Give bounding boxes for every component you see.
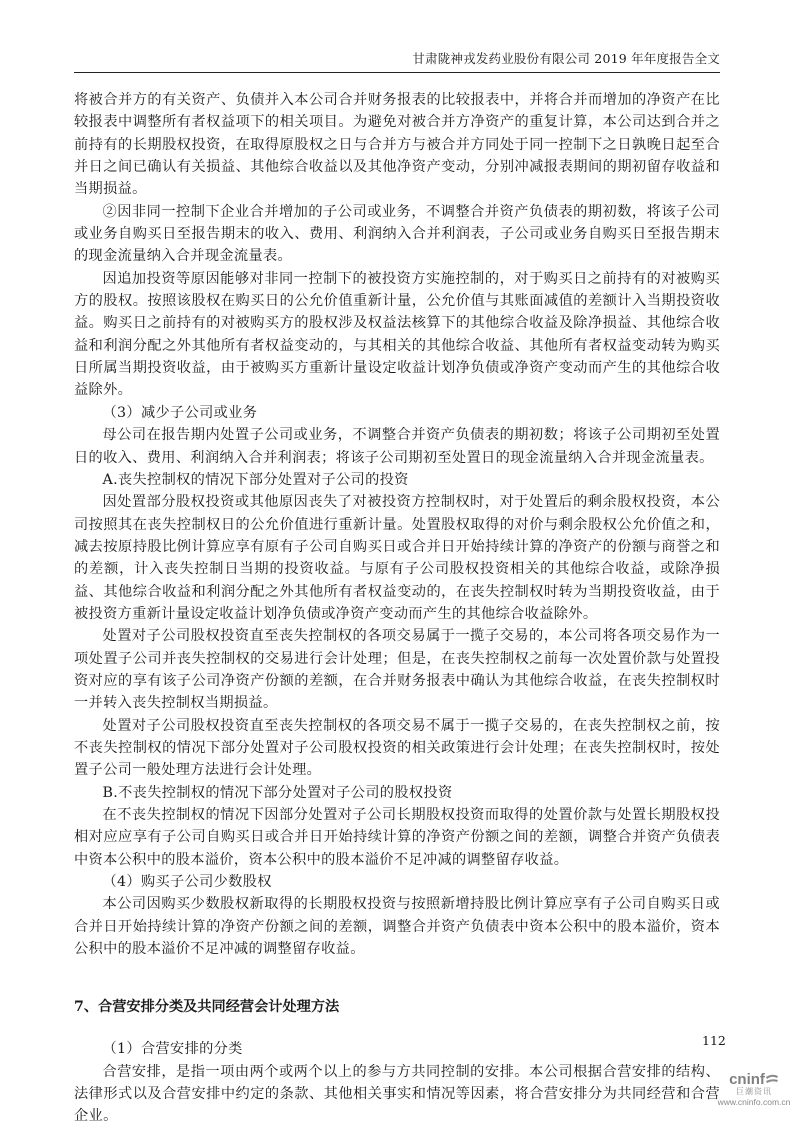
- page-number: 112: [702, 1033, 726, 1048]
- section-heading: 7、合营安排分类及共同经营会计处理方法: [74, 996, 720, 1018]
- paragraph: 母公司在报告期内处置子公司或业务，不调整合并资产负债表的期初数；将该子公司期初至…: [74, 424, 720, 469]
- subheading-minority-equity: （4）购买子公司少数股权: [74, 871, 720, 893]
- logo-brand: cninf: [715, 1072, 793, 1087]
- subheading-joint-arrangement-classification: （1）合营安排的分类: [74, 1038, 720, 1060]
- paragraph: 将被合并方的有关资产、负债并入本公司合并财务报表的比较报表中，并将合并而增加的净…: [74, 89, 720, 201]
- spacer: [74, 960, 720, 996]
- logo-url: www.cninfo.com.cn: [715, 1097, 793, 1107]
- paragraph: 合营安排，是指一项由两个或两个以上的参与方共同控制的安排。本公司根据合营安排的结…: [74, 1061, 720, 1122]
- subheading-reduce-subsidiaries: （3）减少子公司或业务: [74, 402, 720, 424]
- logo-chinese-name: 巨潮资讯: [715, 1087, 793, 1097]
- paragraph: 处置对子公司股权投资直至丧失控制权的各项交易属于一揽子交易的，本公司将各项交易作…: [74, 625, 720, 714]
- paragraph: 因追加投资等原因能够对非同一控制下的被投资方实施控制的，对于购买日之前持有的对被…: [74, 268, 720, 402]
- cninfo-logo: cninf 巨潮资讯 www.cninfo.com.cn: [715, 1072, 793, 1107]
- spacer: [74, 1018, 720, 1038]
- logo-brand-text: cninf: [729, 1071, 765, 1088]
- paragraph: 因处置部分股权投资或其他原因丧失了对被投资方控制权时，对于处置后的剩余股权投资，…: [74, 491, 720, 625]
- subheading-lose-control: A.丧失控制权的情况下部分处置对子公司的投资: [74, 469, 720, 491]
- subheading-retain-control: B.不丧失控制权的情况下部分处置对子公司的股权投资: [74, 782, 720, 804]
- paragraph: 在不丧失控制权的情况下因部分处置对子公司长期股权投资而取得的处置价款与处置长期股…: [74, 804, 720, 871]
- document-body: 将被合并方的有关资产、负债并入本公司合并财务报表的比较报表中，并将合并而增加的净…: [74, 89, 720, 1122]
- paragraph: ②因非同一控制下企业合并增加的子公司或业务，不调整合并资产负债表的期初数，将该子…: [74, 201, 720, 268]
- report-title: 甘肃陇神戎发药业股份有限公司 2019 年年度报告全文: [412, 51, 720, 66]
- paragraph: 本公司因购买少数股权新取得的长期股权投资与按照新增持股比例计算应享有子公司自购买…: [74, 893, 720, 960]
- page-header: 甘肃陇神戎发药业股份有限公司 2019 年年度报告全文: [74, 48, 720, 73]
- cninfo-swirl-icon: [765, 1073, 779, 1085]
- paragraph: 处置对子公司股权投资直至丧失控制权的各项交易不属于一揽子交易的，在丧失控制权之前…: [74, 715, 720, 782]
